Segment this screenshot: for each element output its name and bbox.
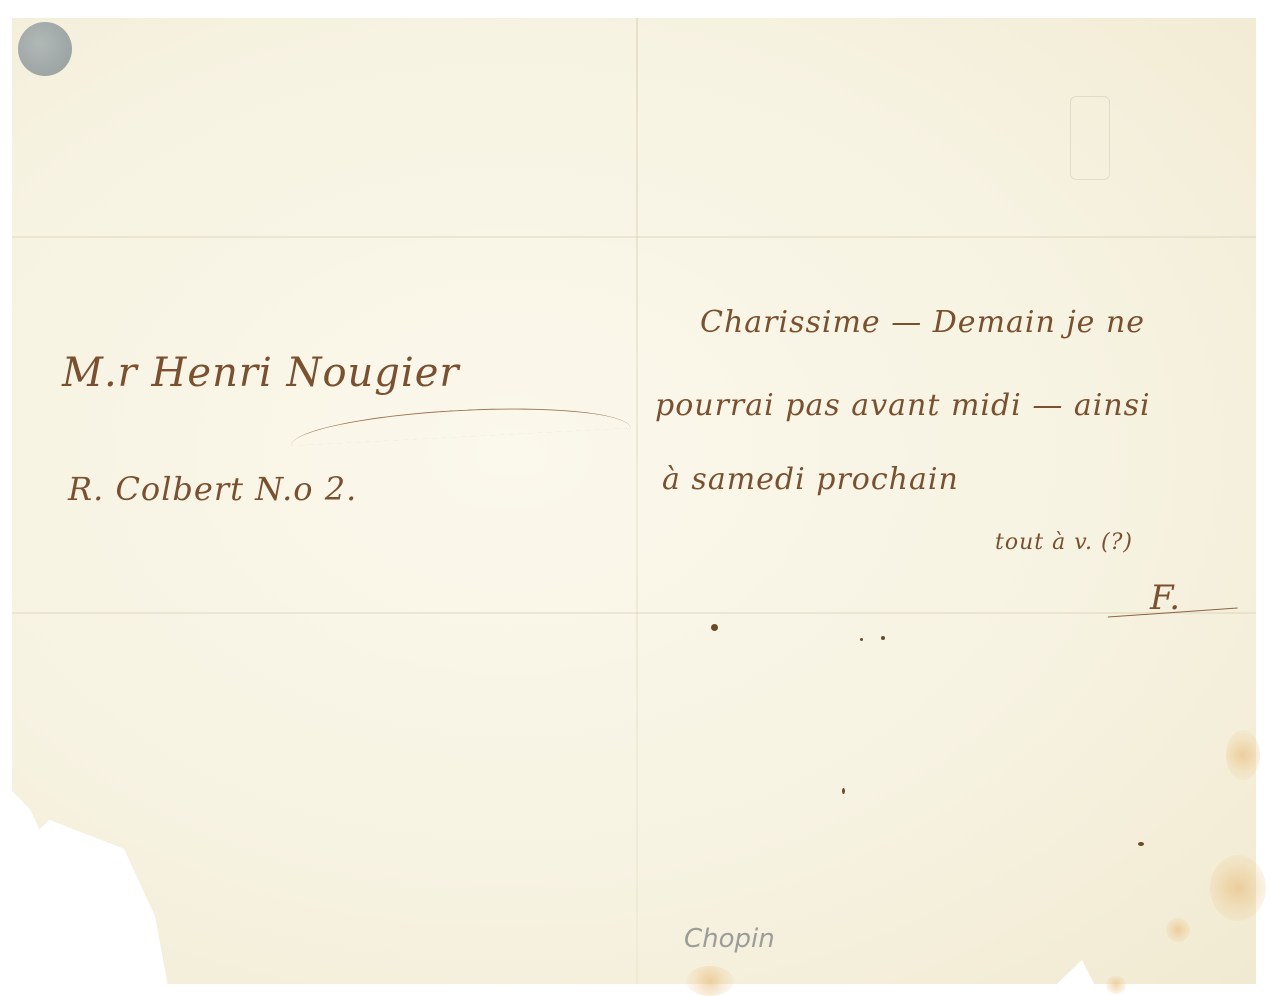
letter-line-2: pourrai pas avant midi — ainsi — [655, 388, 1151, 423]
pencil-annotation: Chopin — [684, 924, 775, 954]
foxing-stain — [1210, 855, 1266, 921]
foxing-stain — [1166, 918, 1190, 942]
ink-speck — [860, 638, 863, 641]
ink-speck — [711, 624, 718, 631]
letter-closing: tout à v. (?) — [995, 530, 1133, 555]
recipient-street: R. Colbert N.o 2. — [68, 470, 357, 508]
foxing-stain — [686, 966, 734, 996]
horizontal-fold-crease-top — [12, 236, 1256, 238]
recipient-name: M.r Henri Nougier — [62, 350, 460, 396]
ink-speck — [881, 636, 885, 640]
letter-line-3: à samedi prochain — [662, 462, 959, 497]
ink-speck — [842, 788, 845, 794]
horizontal-fold-crease-bottom — [12, 612, 1256, 614]
letter-line-1: Charissime — Demain je ne — [700, 305, 1145, 340]
foxing-stain — [1226, 730, 1260, 780]
foxing-stain — [1106, 976, 1126, 994]
ink-speck — [1138, 842, 1144, 846]
watermark-emboss — [1070, 96, 1110, 180]
vertical-fold-crease — [636, 18, 638, 984]
wax-seal-mark — [18, 22, 72, 76]
